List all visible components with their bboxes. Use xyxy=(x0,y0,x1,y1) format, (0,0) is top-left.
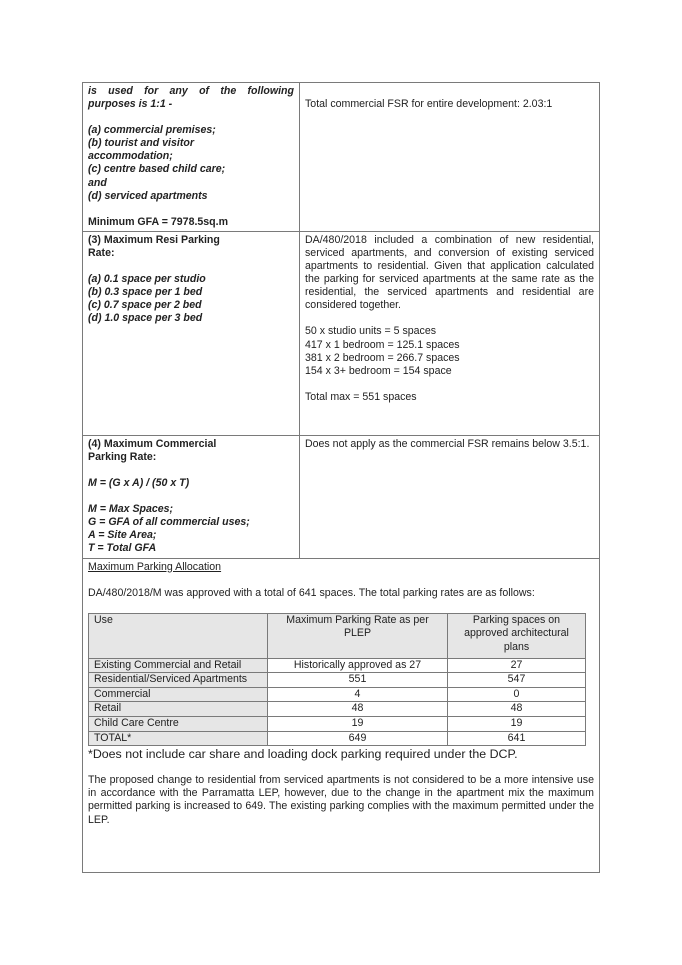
table-row: Commercial40 xyxy=(89,687,586,702)
use-cell: Existing Commercial and Retail xyxy=(89,658,268,673)
table-row: Maximum Parking Allocation DA/480/2018/M… xyxy=(83,558,600,872)
approved-spaces-cell: 27 xyxy=(448,658,586,673)
approved-spaces-cell: 0 xyxy=(448,687,586,702)
resi-parking-paragraph: DA/480/2018 included a combination of ne… xyxy=(305,234,594,313)
parking-table-header: Use Maximum Parking Rate as per PLEP Par… xyxy=(89,613,586,658)
calc-line: 381 x 2 bedroom = 266.7 spaces xyxy=(305,352,594,365)
max-rate-cell: Historically approved as 27 xyxy=(268,658,448,673)
header-use: Use xyxy=(89,613,268,658)
rate-item: (b) 0.3 space per 1 bed xyxy=(88,286,294,299)
allocation-intro: DA/480/2018/M was approved with a total … xyxy=(88,587,594,600)
use-cell: Retail xyxy=(89,702,268,717)
table-row: (4) Maximum Commercial Parking Rate: M =… xyxy=(83,435,600,558)
formula-def: M = Max Spaces; xyxy=(88,503,294,516)
commercial-parking-heading: (4) Maximum Commercial Parking Rate: xyxy=(88,438,238,464)
use-cell: Child Care Centre xyxy=(89,717,268,732)
comment-cell: Does not apply as the commercial FSR rem… xyxy=(300,435,600,558)
comment-cell: DA/480/2018 included a combination of ne… xyxy=(300,231,600,435)
calc-line: 417 x 1 bedroom = 125.1 spaces xyxy=(305,339,594,352)
rate-item: (c) 0.7 space per 2 bed xyxy=(88,299,294,312)
header-approved-spaces: Parking spaces on approved architectural… xyxy=(448,613,586,658)
table-row: Residential/Serviced Apartments551547 xyxy=(89,673,586,688)
use-item: (c) centre based child care; and xyxy=(88,163,228,189)
footnote: *Does not include car share and loading … xyxy=(88,747,594,761)
comment-cell: Total commercial FSR for entire developm… xyxy=(300,83,600,232)
formula-def: T = Total GFA xyxy=(88,542,294,555)
use-cell: Residential/Serviced Apartments xyxy=(89,673,268,688)
table-row: Child Care Centre1919 xyxy=(89,717,586,732)
allocation-cell: Maximum Parking Allocation DA/480/2018/M… xyxy=(83,558,600,872)
total-max: Total max = 551 spaces xyxy=(305,391,594,404)
use-item: (d) serviced apartments xyxy=(88,190,294,203)
table-row: Retail4848 xyxy=(89,702,586,717)
commercial-parking-comment: Does not apply as the commercial FSR rem… xyxy=(305,438,594,451)
max-rate-cell: 48 xyxy=(268,702,448,717)
approved-spaces-cell: 547 xyxy=(448,673,586,688)
max-rate-cell: 19 xyxy=(268,717,448,732)
table-row: is used for any of the following purpose… xyxy=(83,83,600,232)
max-rate-cell: 551 xyxy=(268,673,448,688)
resi-parking-heading: (3) Maximum Resi Parking Rate: xyxy=(88,234,248,260)
max-rate-cell: 4 xyxy=(268,687,448,702)
formula: M = (G x A) / (50 x T) xyxy=(88,477,294,490)
minimum-gfa: Minimum GFA = 7978.5sq.m xyxy=(88,216,294,229)
use-cell: TOTAL* xyxy=(89,731,268,746)
header-max-rate: Maximum Parking Rate as per PLEP xyxy=(268,613,448,658)
parking-table: Use Maximum Parking Rate as per PLEP Par… xyxy=(88,613,586,747)
allocation-heading: Maximum Parking Allocation xyxy=(88,561,594,574)
calc-line: 50 x studio units = 5 spaces xyxy=(305,325,594,338)
conclusion: The proposed change to residential from … xyxy=(88,774,594,826)
approved-spaces-cell: 48 xyxy=(448,702,586,717)
use-item: (a) commercial premises; xyxy=(88,124,294,137)
use-cell: Commercial xyxy=(89,687,268,702)
formula-def: G = GFA of all commercial uses; xyxy=(88,516,294,529)
commercial-fsr-text: Total commercial FSR for entire developm… xyxy=(305,98,594,111)
use-item: (b) tourist and visitor accommodation; xyxy=(88,137,238,163)
table-row: TOTAL*649641 xyxy=(89,731,586,746)
calc-line: 154 x 3+ bedroom = 154 space xyxy=(305,365,594,378)
max-rate-cell: 649 xyxy=(268,731,448,746)
formula-def: A = Site Area; xyxy=(88,529,294,542)
rate-item: (a) 0.1 space per studio xyxy=(88,273,294,286)
fsr-intro: is used for any of the following purpose… xyxy=(88,85,294,111)
control-cell: (4) Maximum Commercial Parking Rate: M =… xyxy=(83,435,300,558)
table-row: (3) Maximum Resi Parking Rate: (a) 0.1 s… xyxy=(83,231,600,435)
assessment-table: is used for any of the following purpose… xyxy=(82,82,600,873)
table-row: Existing Commercial and RetailHistorical… xyxy=(89,658,586,673)
document-page: is used for any of the following purpose… xyxy=(82,82,600,873)
approved-spaces-cell: 19 xyxy=(448,717,586,732)
rate-item: (d) 1.0 space per 3 bed xyxy=(88,312,294,325)
control-cell: is used for any of the following purpose… xyxy=(83,83,300,232)
approved-spaces-cell: 641 xyxy=(448,731,586,746)
control-cell: (3) Maximum Resi Parking Rate: (a) 0.1 s… xyxy=(83,231,300,435)
